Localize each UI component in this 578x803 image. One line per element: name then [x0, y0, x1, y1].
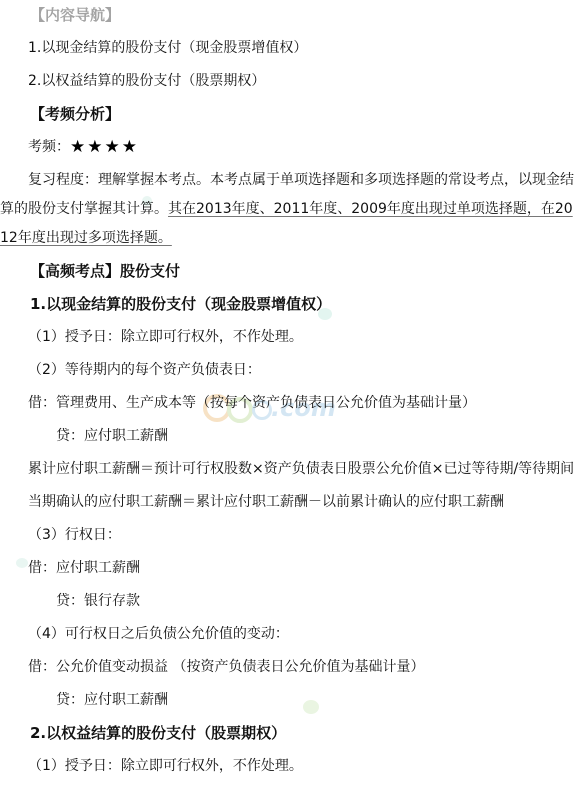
section-1-title: 1.以现金结算的股份支付（现金股票增值权）: [0, 290, 578, 319]
formula-cumulative-payroll: 累计应付职工薪酬＝预计可行权股数×资产负债表日股票公允价值×已过等待期/等待期间: [0, 455, 578, 484]
entry-credit-payroll: 贷：应付职工薪酬: [0, 422, 578, 451]
frequency-stars: ★★★★: [70, 137, 139, 157]
item-balance-sheet-date: （2）等待期内的每个资产负债表日：: [0, 356, 578, 385]
content-nav-header: 【内容导航】: [0, 1, 578, 30]
item-grant-date-2: （1）授予日：除立即可行权外，不作处理。: [0, 752, 578, 781]
exam-frequency-header: 【考频分析】: [0, 100, 578, 129]
formula-current-payroll: 当期确认的应付职工薪酬＝累计应付职工薪酬－以前累计确认的应付职工薪酬: [0, 488, 578, 517]
frequency-line: 考频：★★★★: [0, 133, 578, 162]
nav-item-2: 2.以权益结算的股份支付（股票期权）: [0, 67, 578, 96]
review-paragraph: 复习程度：理解掌握本考点。本考点属于单项选择题和多项选择题的常设考点，以现金结算…: [0, 166, 578, 253]
entry-debit-admin-expense: 借：管理费用、生产成本等（按每个资产负债表日公允价值为基础计量）: [0, 389, 578, 418]
entry-debit-payroll: 借：应付职工薪酬: [0, 554, 578, 583]
item-fair-value-change: （4）可行权日之后负债公允价值的变动：: [0, 620, 578, 649]
frequency-label: 考频：: [28, 139, 70, 155]
entry-credit-bank-deposit: 贷：银行存款: [0, 587, 578, 616]
nav-item-1: 1.以现金结算的股份支付（现金股票增值权）: [0, 34, 578, 63]
document-page: 【内容导航】 1.以现金结算的股份支付（现金股票增值权） 2.以权益结算的股份支…: [0, 0, 578, 781]
item-exercise-date: （3）行权日：: [0, 521, 578, 550]
entry-credit-payroll-2: 贷：应付职工薪酬: [0, 686, 578, 715]
hot-topic-header: 【高频考点】股份支付: [0, 257, 578, 286]
entry-debit-fv-change: 借：公允价值变动损益 （按资产负债表日公允价值为基础计量）: [0, 653, 578, 682]
item-grant-date: （1）授予日：除立即可行权外，不作处理。: [0, 323, 578, 352]
section-2-title: 2.以权益结算的股份支付（股票期权）: [0, 719, 578, 748]
